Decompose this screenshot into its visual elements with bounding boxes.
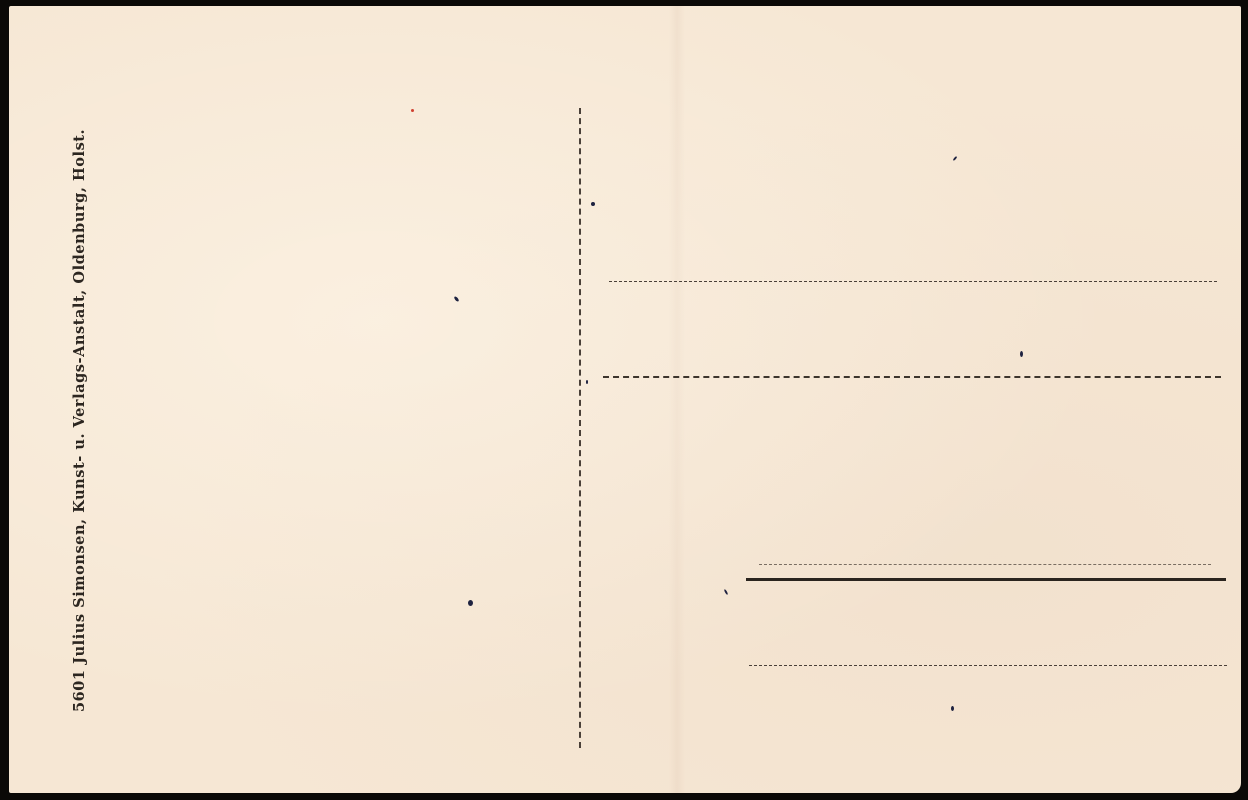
ink-speck: [468, 600, 473, 606]
ink-speck: [591, 202, 595, 206]
vertical-divider-line: [579, 108, 581, 748]
address-line-4: [749, 665, 1227, 666]
ink-speck: [411, 109, 414, 112]
ink-speck: [951, 706, 954, 711]
ink-speck: [586, 380, 588, 384]
ink-speck: [453, 296, 459, 303]
postcard-back: 5601 Julius Simonsen, Kunst- u. Verlags-…: [9, 6, 1241, 793]
address-line-2: [603, 376, 1221, 378]
ink-speck: [1020, 351, 1023, 357]
ink-speck: [953, 156, 958, 161]
publisher-imprint: 5601 Julius Simonsen, Kunst- u. Verlags-…: [71, 82, 88, 712]
address-line-solid: [746, 578, 1226, 581]
address-line-3-thin: [759, 564, 1211, 565]
address-line-1: [609, 281, 1217, 282]
ink-speck: [724, 589, 729, 595]
